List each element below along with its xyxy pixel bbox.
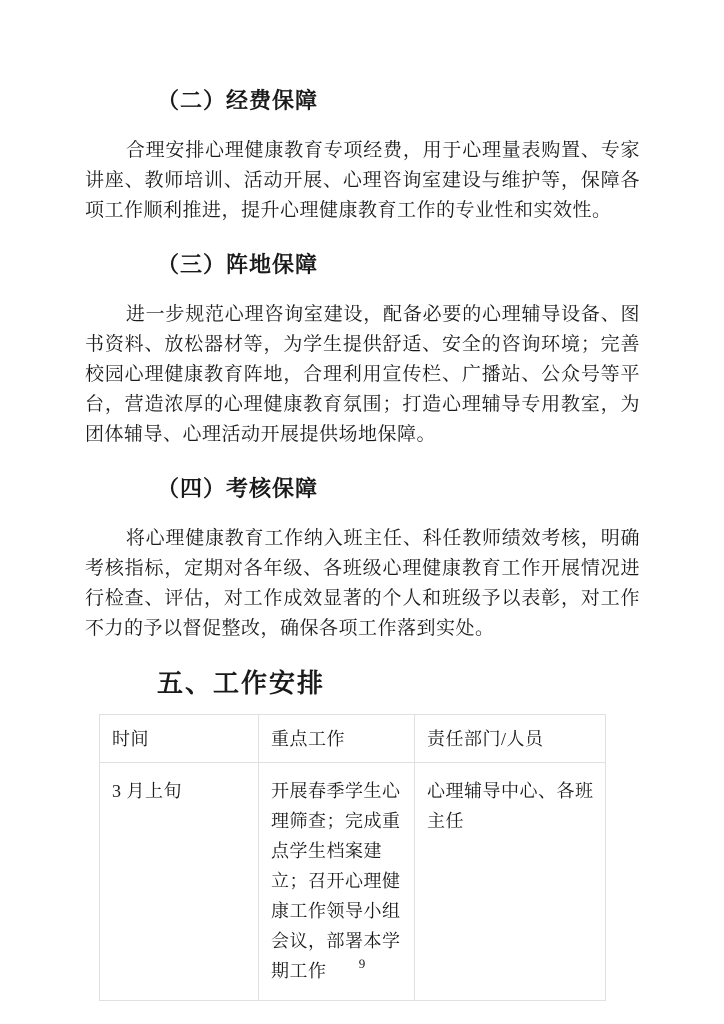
table-header-row: 时间 重点工作 责任部门/人员 — [100, 715, 606, 763]
page-number: 9 — [0, 956, 724, 972]
document-content: （二）经费保障 合理安排心理健康教育专项经费，用于心理量表购置、专家讲座、教师培… — [85, 0, 640, 1001]
section-body-assessment-guarantee: 将心理健康教育工作纳入班主任、科任教师绩效考核，明确考核指标，定期对各年级、各班… — [85, 524, 640, 644]
table-header-key-work: 重点工作 — [259, 715, 415, 763]
section-body-funding-guarantee: 合理安排心理健康教育专项经费，用于心理量表购置、专家讲座、教师培训、活动开展、心… — [85, 136, 640, 226]
section-heading-funding-guarantee: （二）经费保障 — [85, 86, 640, 116]
document-page: （二）经费保障 合理安排心理健康教育专项经费，用于心理量表购置、专家讲座、教师培… — [0, 0, 724, 1024]
table-header-time: 时间 — [100, 715, 259, 763]
section-heading-assessment-guarantee: （四）考核保障 — [85, 474, 640, 504]
section-heading-facility-guarantee: （三）阵地保障 — [85, 250, 640, 280]
table-header-responsible: 责任部门/人员 — [415, 715, 606, 763]
section-body-facility-guarantee: 进一步规范心理咨询室建设，配备必要的心理辅导设备、图书资料、放松器材等，为学生提… — [85, 300, 640, 450]
chapter-heading-work-arrangement: 五、工作安排 — [85, 666, 640, 702]
